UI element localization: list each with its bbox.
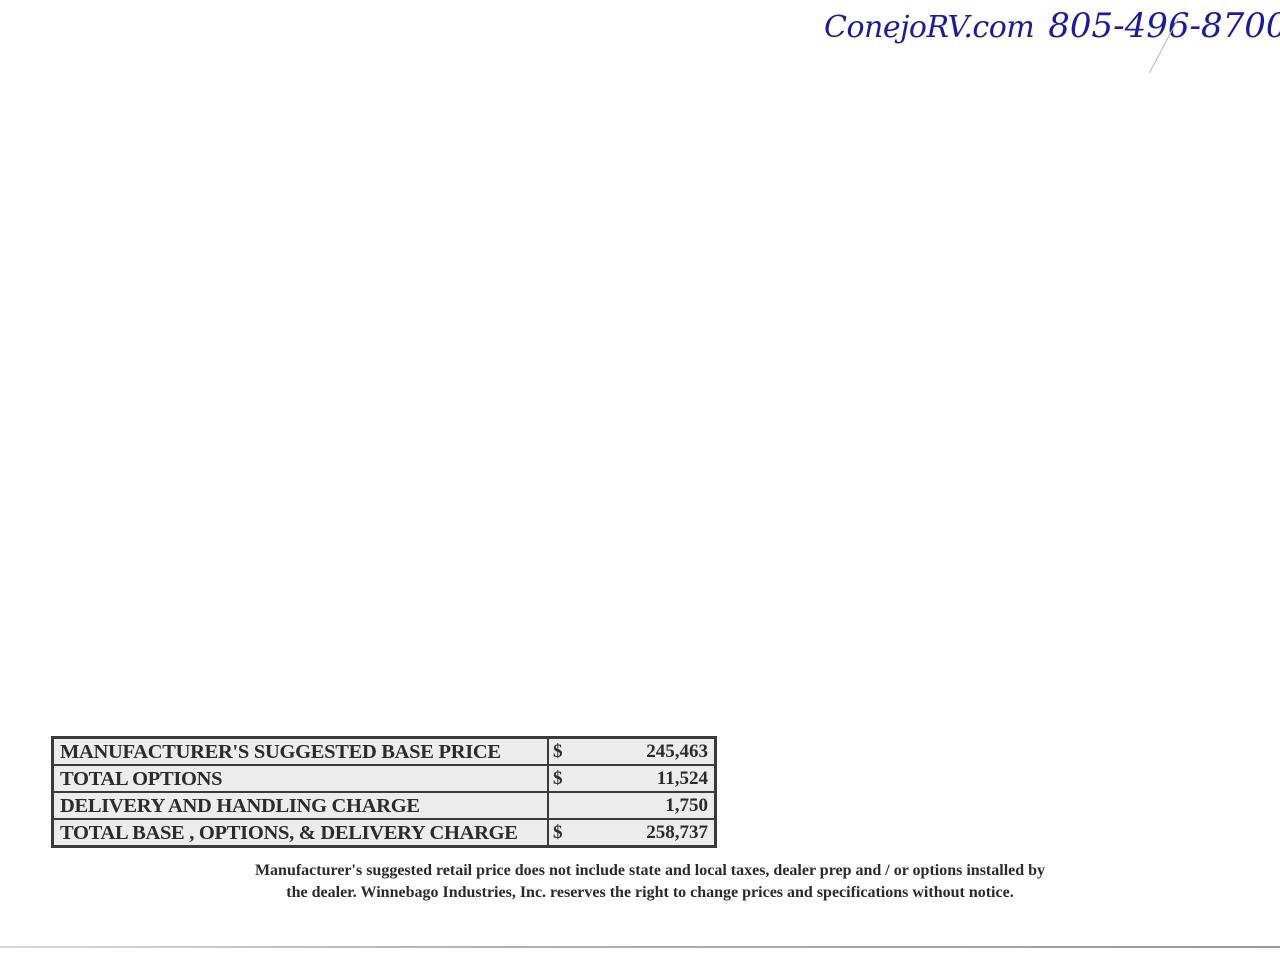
total-options-label: TOTAL OPTIONS	[53, 765, 549, 792]
disclaimer-line-1: Manufacturer's suggested retail price do…	[200, 860, 1100, 882]
disclaimer-line-2: the dealer. Winnebago Industries, Inc. r…	[200, 882, 1100, 904]
delivery-value: 1,750	[555, 794, 708, 818]
table-row-base-price: MANUFACTURER'S SUGGESTED BASE PRICE $ 24…	[53, 738, 716, 766]
base-price-label: MANUFACTURER'S SUGGESTED BASE PRICE	[53, 738, 549, 766]
currency-symbol: $	[553, 740, 563, 764]
currency-symbol: $	[553, 821, 563, 845]
price-summary-table: MANUFACTURER'S SUGGESTED BASE PRICE $ 24…	[51, 736, 717, 848]
total-options-amount-cell: $ 11,524	[548, 765, 716, 792]
delivery-amount-cell: 1,750	[548, 792, 716, 819]
dealer-phone: 805-496-8700	[1048, 6, 1280, 46]
table-row-total-options: TOTAL OPTIONS $ 11,524	[53, 765, 716, 792]
table-row-delivery: DELIVERY AND HANDLING CHARGE 1,750	[53, 792, 716, 819]
currency-symbol: $	[553, 767, 563, 791]
grand-total-value: 258,737	[555, 821, 708, 845]
grand-total-label: TOTAL BASE , OPTIONS, & DELIVERY CHARGE	[53, 819, 549, 847]
grand-total-amount-cell: $ 258,737	[548, 819, 716, 847]
base-price-amount-cell: $ 245,463	[548, 738, 716, 766]
dealer-website: ConejoRV.com	[824, 10, 1034, 45]
page-edge-rule	[0, 946, 1280, 948]
dealer-watermark: ConejoRV.com805-496-8700	[824, 6, 1280, 46]
delivery-label: DELIVERY AND HANDLING CHARGE	[53, 792, 549, 819]
pricing-disclaimer: Manufacturer's suggested retail price do…	[200, 860, 1100, 904]
table-row-grand-total: TOTAL BASE , OPTIONS, & DELIVERY CHARGE …	[53, 819, 716, 847]
total-options-value: 11,524	[555, 767, 708, 791]
base-price-value: 245,463	[555, 740, 708, 764]
